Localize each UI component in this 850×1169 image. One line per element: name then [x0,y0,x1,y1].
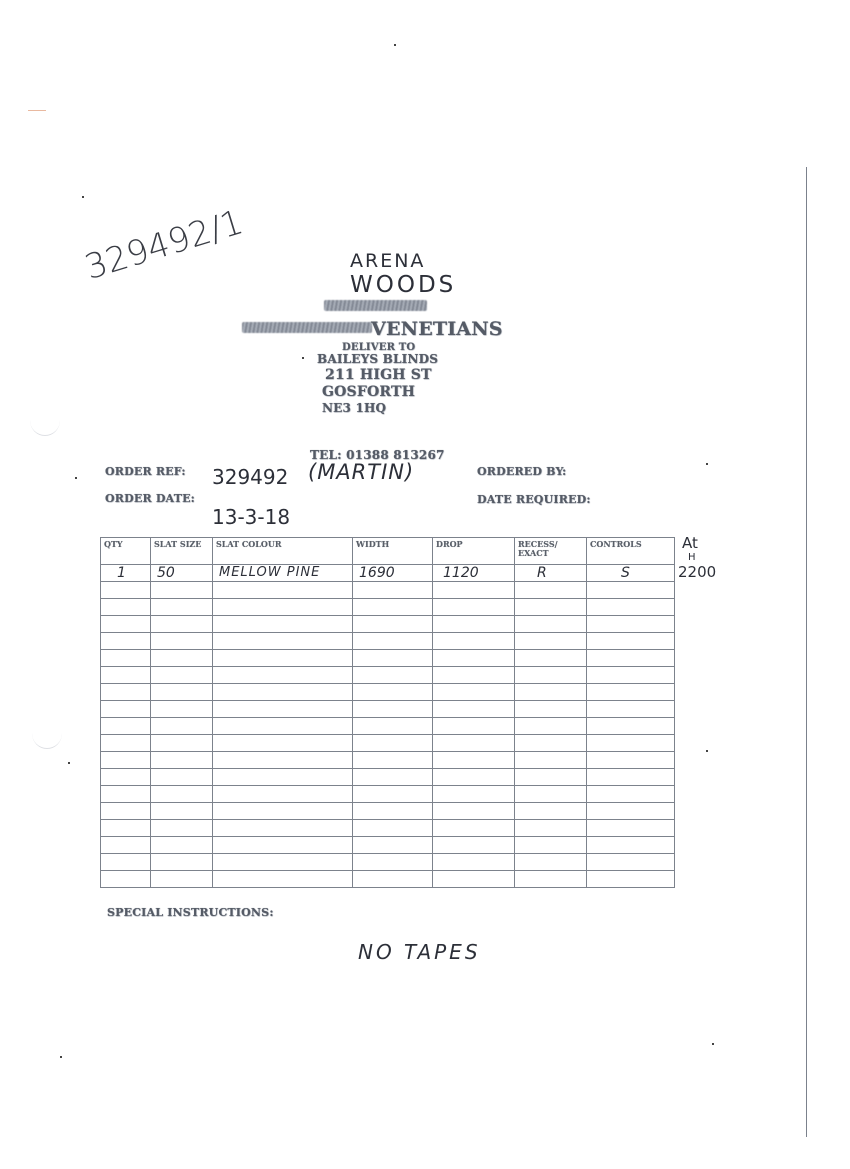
customer-name-line1: ARENA [350,250,425,272]
scan-speck [394,44,396,46]
table-cell-empty [515,820,587,837]
table-cell-empty [101,854,151,871]
table-cell-empty [353,803,433,820]
table-cell-empty [587,633,675,650]
table-cell-empty [433,684,515,701]
table-row-empty [101,837,675,854]
table-cell-empty [151,854,213,871]
table-row-empty [101,803,675,820]
column-header-controls: CONTROLS [587,538,675,565]
table-cell-empty [587,599,675,616]
table-cell-empty [587,667,675,684]
table-cell-empty [213,820,353,837]
table-cell-empty [433,633,515,650]
table-cell-empty [353,616,433,633]
table-cell-empty [515,650,587,667]
table-cell-empty [101,684,151,701]
table-cell-empty [101,786,151,803]
table-cell-empty [515,735,587,752]
table-cell-empty [151,616,213,633]
table-cell-empty [433,718,515,735]
cell-controls: S [587,565,675,582]
table-cell-empty [151,769,213,786]
table-cell-empty [151,667,213,684]
table-cell-empty [515,582,587,599]
margin-note-line3: 2200 [678,563,716,581]
table-cell-empty [213,718,353,735]
table-cell-empty [587,616,675,633]
table-cell-empty [433,701,515,718]
address-line-4: NE3 1HQ [322,401,386,415]
table-cell-empty [101,735,151,752]
redacted-text [324,300,427,311]
table-cell-empty [101,820,151,837]
table-cell-empty [515,599,587,616]
table-cell-empty [101,871,151,888]
table-cell-empty [213,769,353,786]
table-cell-empty [151,820,213,837]
order-ref-name: (MARTIN) [308,460,414,484]
table-cell-empty [101,752,151,769]
scan-speck [706,750,708,752]
table-cell-empty [213,735,353,752]
table-row-empty [101,769,675,786]
table-cell-empty [587,786,675,803]
table-cell-empty [213,633,353,650]
table-cell-empty [433,837,515,854]
table-cell-empty [515,871,587,888]
table-cell-empty [101,701,151,718]
table-cell-empty [587,820,675,837]
table-cell-empty [433,667,515,684]
table-cell-empty [515,684,587,701]
table-cell-empty [515,752,587,769]
table-cell-empty [151,650,213,667]
table-cell-empty [151,633,213,650]
table-cell-empty [587,803,675,820]
table-cell-empty [213,803,353,820]
table-cell-empty [515,837,587,854]
ordered-by-label: ORDERED BY: [477,465,566,478]
table-cell-empty [151,786,213,803]
table-cell-empty [353,684,433,701]
table-row-empty [101,582,675,599]
cell-slat-colour: MELLOW PINE [213,565,353,582]
order-ref-value: 329492 [212,465,288,489]
table-cell-empty [515,616,587,633]
table-cell-empty [515,718,587,735]
scan-speck [302,357,304,359]
table-header-row: QTY SLAT SIZE SLAT COLOUR WIDTH DROP REC… [101,538,675,565]
table-cell-empty [101,633,151,650]
order-date-label: ORDER DATE: [105,492,195,505]
table-cell-empty [151,735,213,752]
table-cell-empty [353,769,433,786]
table-cell-empty [213,616,353,633]
table-cell-empty [515,803,587,820]
table-cell-empty [213,650,353,667]
table-cell-empty [353,820,433,837]
table-cell-empty [151,803,213,820]
table-cell-empty [587,871,675,888]
table-cell-empty [151,701,213,718]
table-cell-empty [213,786,353,803]
table-cell-empty [587,752,675,769]
table-cell-empty [587,701,675,718]
cell-qty: 1 [101,565,151,582]
column-header-width: WIDTH [353,538,433,565]
table-cell-empty [151,837,213,854]
table-cell-empty [433,871,515,888]
table-cell-empty [587,582,675,599]
order-items-table: QTY SLAT SIZE SLAT COLOUR WIDTH DROP REC… [100,537,675,888]
table-cell-empty [587,735,675,752]
table-cell-empty [151,871,213,888]
table-cell-empty [433,769,515,786]
table-cell-empty [151,599,213,616]
table-cell-empty [101,616,151,633]
table-cell-empty [515,786,587,803]
job-reference-handwritten: 329492/1 [80,202,247,288]
table-cell-empty [353,599,433,616]
scan-speck [706,463,708,465]
table-row-empty [101,854,675,871]
table-cell-empty [433,786,515,803]
scan-speck [68,762,70,764]
table-cell-empty [515,769,587,786]
special-instructions-value: NO TAPES [358,940,481,964]
table-row-empty [101,667,675,684]
table-cell-empty [515,667,587,684]
column-header-slat-size: SLAT SIZE [151,538,213,565]
table-cell-empty [213,837,353,854]
column-header-recess-exact: RECESS/ EXACT [515,538,587,565]
punch-hole [32,718,62,749]
table-cell-empty [353,854,433,871]
table-cell-empty [587,769,675,786]
table-cell-empty [433,735,515,752]
table-cell-empty [101,650,151,667]
table-cell-empty [353,701,433,718]
table-cell-empty [213,871,353,888]
margin-note-line1: At [682,537,698,550]
column-header-qty: QTY [101,538,151,565]
table-cell-empty [213,684,353,701]
order-ref-label: ORDER REF: [105,465,186,478]
cell-slat-size: 50 [151,565,213,582]
table-cell-empty [101,803,151,820]
table-row-empty [101,718,675,735]
customer-name-line2: WOODS [350,272,456,298]
table-cell-empty [353,837,433,854]
redacted-text [242,322,372,333]
table-cell-empty [433,616,515,633]
table-cell-empty [101,599,151,616]
table-cell-empty [353,786,433,803]
table-cell-empty [353,718,433,735]
table-cell-empty [213,599,353,616]
margin-note-line2: H [688,552,696,563]
scan-mark [28,110,46,111]
table-cell-empty [151,718,213,735]
order-date-value: 13-3-18 [212,505,290,529]
table-cell-empty [151,752,213,769]
table-cell-empty [353,752,433,769]
table-cell-empty [433,803,515,820]
punch-hole [30,405,60,436]
table-cell-empty [515,701,587,718]
table-cell-empty [433,752,515,769]
table-row-empty [101,616,675,633]
table-cell-empty [433,820,515,837]
column-header-slat-colour: SLAT COLOUR [213,538,353,565]
table-cell-empty [587,684,675,701]
table-row-empty [101,752,675,769]
table-cell-empty [587,854,675,871]
column-header-drop: DROP [433,538,515,565]
table-cell-empty [213,701,353,718]
table-row-empty [101,735,675,752]
scan-speck [712,1043,714,1045]
address-line-3: GOSFORTH [322,384,415,400]
table-cell-empty [101,582,151,599]
special-instructions-label: SPECIAL INSTRUCTIONS: [107,906,274,919]
table-cell-empty [151,684,213,701]
table-row-empty [101,599,675,616]
table-cell-empty [433,650,515,667]
table-cell-empty [353,667,433,684]
scan-speck [82,196,84,198]
cell-drop: 1120 [433,565,515,582]
table-cell-empty [433,599,515,616]
table-cell-empty [101,769,151,786]
table-cell-empty [353,582,433,599]
table-row: 1 50 MELLOW PINE 1690 1120 R S [101,565,675,582]
cell-recess-exact: R [515,565,587,582]
table-cell-empty [433,582,515,599]
table-cell-empty [101,667,151,684]
page-edge-line [806,167,807,1137]
table-cell-empty [353,633,433,650]
table-cell-empty [151,582,213,599]
table-cell-empty [515,633,587,650]
table-cell-empty [353,871,433,888]
cell-width: 1690 [353,565,433,582]
table-cell-empty [101,718,151,735]
address-line-2: 211 HIGH ST [325,367,432,383]
table-cell-empty [433,854,515,871]
table-cell-empty [213,582,353,599]
table-cell-empty [587,837,675,854]
table-cell-empty [515,854,587,871]
table-cell-empty [353,735,433,752]
table-row-empty [101,684,675,701]
date-required-label: DATE REQUIRED: [477,493,591,506]
table-row-empty [101,633,675,650]
scan-speck [60,1056,62,1058]
table-row-empty [101,786,675,803]
scan-speck [75,477,77,479]
table-cell-empty [587,718,675,735]
table-row-empty [101,701,675,718]
table-row-empty [101,871,675,888]
table-cell-empty [213,752,353,769]
table-cell-empty [213,854,353,871]
address-line-1: BAILEYS BLINDS [317,352,438,366]
table-cell-empty [587,650,675,667]
table-cell-empty [353,650,433,667]
table-row-empty [101,820,675,837]
table-row-empty [101,650,675,667]
table-cell-empty [101,837,151,854]
company-name: VENETIANS [371,318,503,340]
table-cell-empty [213,667,353,684]
